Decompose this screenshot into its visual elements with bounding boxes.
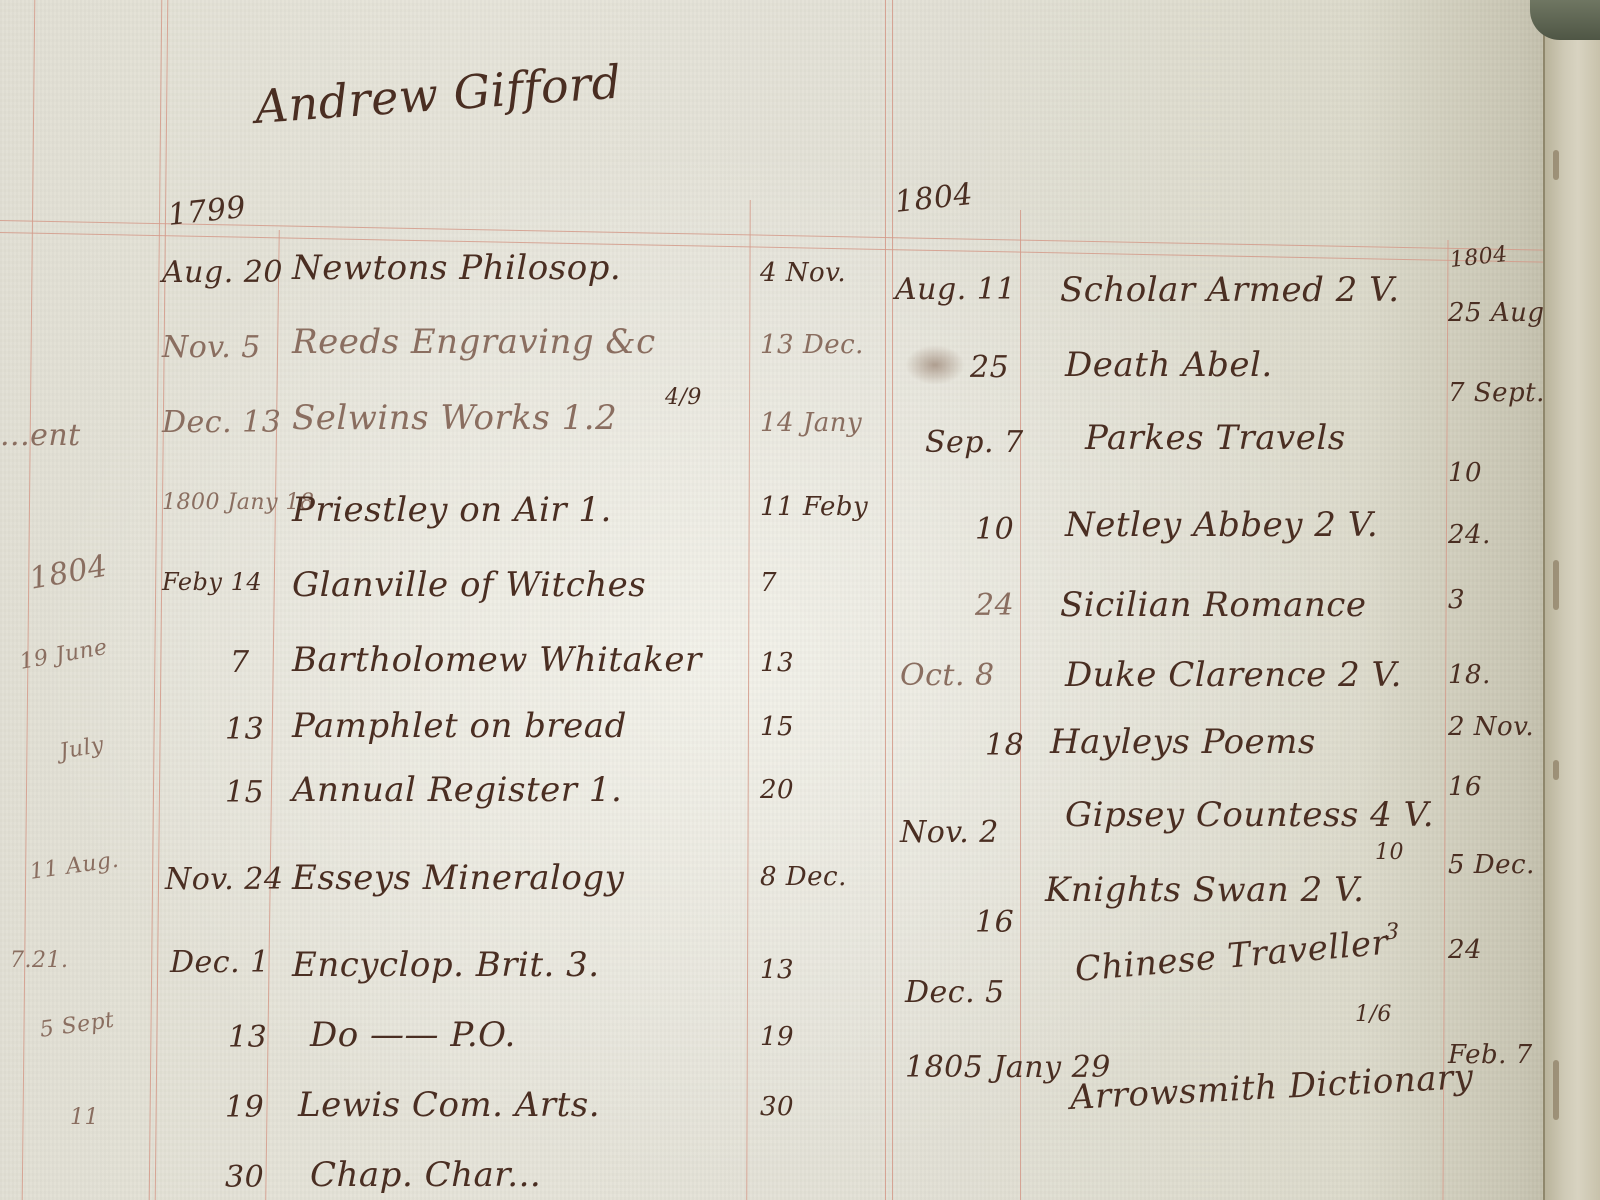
entry-title: Sicilian Romance <box>1060 585 1366 625</box>
entry-returned: 7 Sept. <box>1448 378 1545 408</box>
entry-title: Chinese Traveller <box>1073 923 1390 990</box>
entry-returned: 14 Jany <box>760 408 862 438</box>
rule-left-date-col-b <box>155 0 169 1200</box>
entry-returned: 8 Dec. <box>760 862 847 892</box>
entry-title: Knights Swan 2 V. <box>1045 870 1364 910</box>
binding-stain <box>1553 150 1559 180</box>
annotation: 4/9 <box>665 385 702 410</box>
left-section-year: 1799 <box>166 190 248 233</box>
entry-returned: 4 Nov. <box>760 258 846 288</box>
entry-title: Annual Register 1. <box>292 770 622 810</box>
ledger-page-photo: Andrew Gifford ...ent 1804 19 June July … <box>0 0 1600 1200</box>
account-holder-name: Andrew Gifford <box>253 54 623 133</box>
entry-title: Chap. Char... <box>310 1155 541 1195</box>
entry-date: 25 <box>970 350 1009 385</box>
annotation: 10 <box>1375 840 1404 865</box>
entry-title: Priestley on Air 1. <box>292 490 612 530</box>
entry-returned: 19 <box>760 1022 794 1052</box>
entry-title: Glanville of Witches <box>292 565 646 605</box>
entry-returned: 16 <box>1448 772 1482 802</box>
rule-center-a <box>885 0 886 1200</box>
rule-left-return-col <box>746 200 750 1200</box>
entry-returned: 7 <box>760 568 777 598</box>
entry-title: Selwins Works 1.2 <box>292 398 617 438</box>
entry-date: Aug. 11 <box>895 272 1016 307</box>
entry-title: Scholar Armed 2 V. <box>1060 270 1400 310</box>
entry-date: 30 <box>225 1160 264 1195</box>
entry-title: Arrowsmith Dictionary <box>1069 1057 1474 1118</box>
entry-returned: Feb. 7 <box>1448 1040 1533 1070</box>
annotation: 3 <box>1385 920 1400 945</box>
entry-title: Pamphlet on bread <box>292 706 627 746</box>
margin-fragment: 11 Aug. <box>28 848 120 885</box>
entry-date: Dec. 13 <box>162 405 281 440</box>
entry-title: Newtons Philosop. <box>292 248 621 288</box>
entry-date: Nov. 5 <box>162 330 261 365</box>
entry-date: 18 <box>985 728 1024 763</box>
entry-returned: 25 Aug. <box>1448 298 1553 328</box>
right-return-year: 1804 <box>1449 242 1509 273</box>
entry-date: 10 <box>975 512 1014 547</box>
entry-date: 15 <box>225 775 264 810</box>
entry-date: 16 <box>975 905 1014 940</box>
entry-returned: 15 <box>760 712 794 742</box>
entry-date: Nov. 2 <box>900 815 999 850</box>
entry-title: Hayleys Poems <box>1050 722 1316 762</box>
entry-date: Sep. 7 <box>925 425 1024 460</box>
entry-returned: 18. <box>1448 660 1491 690</box>
rule-center-b <box>892 0 893 1200</box>
entry-title: Encyclop. Brit. 3. <box>292 945 600 985</box>
entry-date: Dec. 5 <box>905 975 1005 1010</box>
entry-returned: 30 <box>760 1092 794 1122</box>
rule-left-title-col <box>265 230 280 1200</box>
entry-title: Duke Clarence 2 V. <box>1065 655 1402 695</box>
entry-title: Netley Abbey 2 V. <box>1065 505 1378 545</box>
entry-date: 13 <box>225 712 264 747</box>
entry-date: Oct. 8 <box>900 658 995 693</box>
cover-cloth-corner <box>1530 0 1600 40</box>
entry-title: Do —— P.O. <box>310 1015 516 1055</box>
entry-returned: 24. <box>1448 520 1491 550</box>
entry-title: Bartholomew Whitaker <box>292 640 702 680</box>
entry-returned: 2 Nov. <box>1448 712 1534 742</box>
ink-smudge <box>905 345 965 385</box>
margin-fragment: 19 June <box>18 635 110 675</box>
entry-returned: 13 <box>760 955 794 985</box>
entry-title: Parkes Travels <box>1085 418 1346 458</box>
entry-date: Aug. 20 <box>162 255 283 290</box>
book-binding-edge <box>1543 0 1600 1200</box>
binding-stain <box>1553 760 1559 780</box>
entry-returned: 24 <box>1448 935 1482 965</box>
entry-returned: 10 <box>1448 458 1482 488</box>
entry-date: 13 <box>228 1020 267 1055</box>
entry-title: Death Abel. <box>1065 345 1273 385</box>
right-section-year: 1804 <box>893 177 975 220</box>
entry-title: Lewis Com. Arts. <box>298 1085 600 1125</box>
margin-fragment: 7.21. <box>10 948 68 973</box>
rule-left-margin <box>22 0 36 1200</box>
margin-fragment: 5 Sept <box>38 1008 116 1043</box>
entry-title: Gipsey Countess 4 V. <box>1065 795 1434 835</box>
entry-title: Reeds Engraving &c <box>292 322 656 362</box>
margin-fragment: July <box>58 732 106 764</box>
entry-returned: 11 Feby <box>760 492 868 522</box>
margin-fragment: ...ent <box>0 418 81 453</box>
entry-date: Dec. 1 <box>170 945 270 980</box>
margin-fragment: 11 <box>70 1105 99 1130</box>
entry-date: Feby 14 <box>162 568 262 596</box>
entry-returned: 3 <box>1448 585 1465 615</box>
entry-returned: 5 Dec. <box>1448 850 1535 880</box>
binding-stain <box>1553 1060 1559 1120</box>
entry-date: Nov. 24 <box>165 862 283 897</box>
entry-title: Esseys Mineralogy <box>292 858 624 898</box>
entry-returned: 13 Dec. <box>760 330 864 360</box>
annotation: 1/6 <box>1355 1002 1392 1027</box>
margin-fragment: 1804 <box>27 549 110 597</box>
entry-date: 19 <box>225 1090 264 1125</box>
entry-returned: 20 <box>760 775 794 805</box>
binding-stain <box>1553 560 1559 610</box>
entry-date: 24 <box>975 588 1014 623</box>
entry-returned: 13 <box>760 648 794 678</box>
entry-date: 7 <box>230 645 250 680</box>
